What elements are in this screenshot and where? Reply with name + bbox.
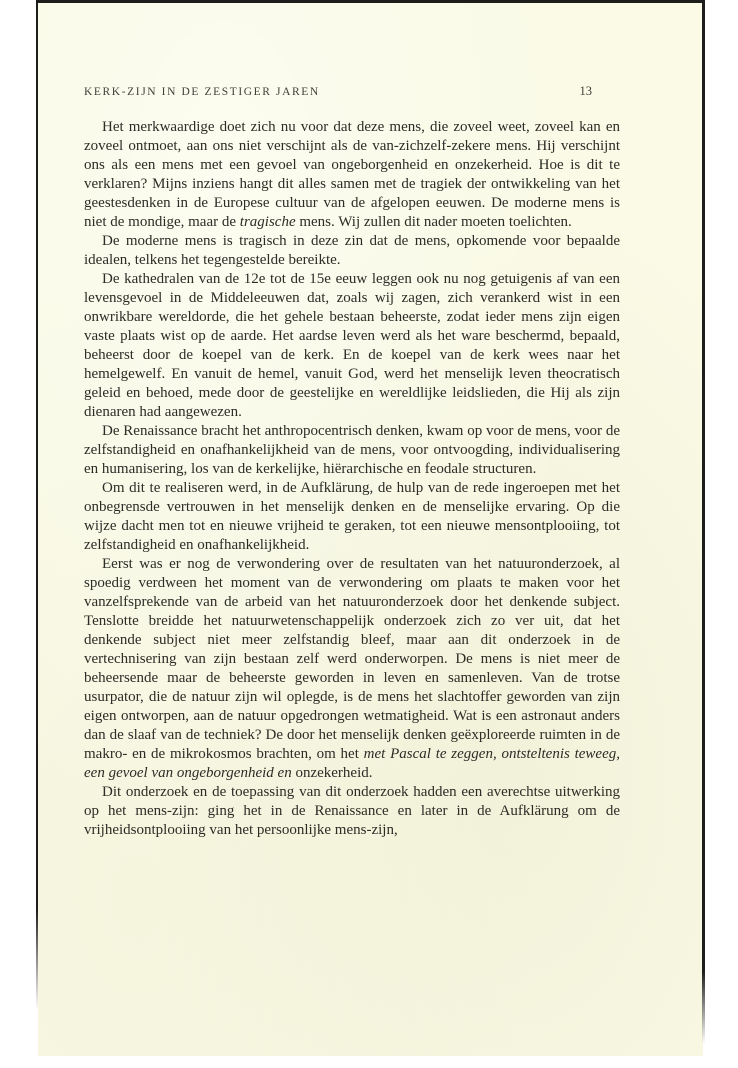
text-segment: mens. Wij zullen dit nader moeten toelic… (296, 214, 572, 230)
book-page: KERK-ZIJN IN DE ZESTIGER JAREN 13 Het me… (38, 0, 703, 1056)
paragraph: De moderne mens is tragisch in deze zin … (84, 232, 620, 270)
text-segment: Dit onderzoek en de toepassing van dit o… (84, 784, 620, 838)
page-edge-top-line (36, 0, 705, 3)
paragraph: Eerst was er nog de verwondering over de… (84, 555, 620, 783)
page-edge-left-line (36, 2, 38, 1010)
text-segment: Eerst was er nog de verwondering over de… (84, 556, 620, 762)
scanned-book-page: { "colors": { "paper": "#fafae6", "margi… (0, 0, 738, 1068)
text-segment: onzekerheid. (295, 765, 372, 781)
page-number: 13 (580, 84, 621, 99)
paragraph: Dit onderzoek en de toepassing van dit o… (84, 783, 620, 840)
paragraph: De Renaissance bracht het anthropocentri… (84, 422, 620, 479)
italic-text: tragische (240, 214, 296, 230)
text-segment: De kathedralen van de 12e tot de 15e eeu… (84, 271, 620, 420)
page-edge-right-line (702, 2, 705, 1044)
paragraph: De kathedralen van de 12e tot de 15e eeu… (84, 270, 620, 422)
page-header: KERK-ZIJN IN DE ZESTIGER JAREN 13 (84, 84, 620, 99)
paragraph: Het merkwaardige doet zich nu voor dat d… (84, 118, 620, 232)
text-segment: De moderne mens is tragisch in deze zin … (84, 233, 620, 268)
text-segment: De Renaissance bracht het anthropocentri… (84, 423, 620, 477)
running-title: KERK-ZIJN IN DE ZESTIGER JAREN (84, 86, 320, 98)
paragraph: Om dit te realiseren werd, in de Aufklär… (84, 479, 620, 555)
page-body: Het merkwaardige doet zich nu voor dat d… (84, 118, 620, 840)
text-segment: Om dit te realiseren werd, in de Aufklär… (84, 480, 620, 553)
